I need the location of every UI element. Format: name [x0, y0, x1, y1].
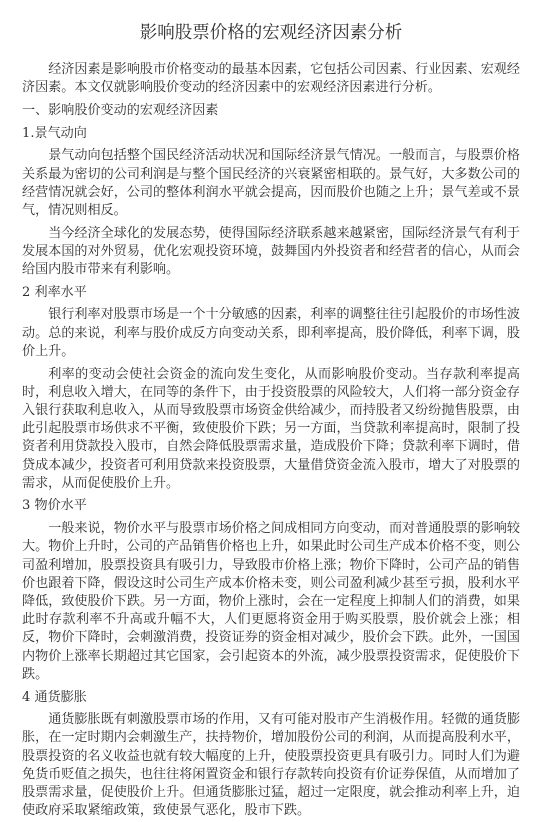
section-2-paragraph-1: 银行利率对股票市场是一个十分敏感的因素，利率的调整往往引起股价的市场性波动。总的… [22, 306, 520, 361]
section-1-paragraph-1: 景气动向包括整个国民经济活动状况和国际经济景气情况。一般而言，与股票价格关系最为… [22, 147, 520, 220]
section-1-heading: 1.景气动向 [22, 125, 520, 143]
section-1-paragraph-2: 当今经济全球化的发展态势，使得国际经济联系越来越紧密，国际经济景气有利于发展本国… [22, 225, 520, 280]
main-section-heading: 一、影响股价变动的宏观经济因素 [22, 102, 520, 120]
document-page: 影响股票价格的宏观经济因素分析 经济因素是影响股市价格变动的最基本因素，它包括公… [0, 0, 542, 822]
document-title: 影响股票价格的宏观经济因素分析 [22, 23, 520, 44]
intro-paragraph: 经济因素是影响股市价格变动的最基本因素，它包括公司因素、行业因素、宏观经济因素。… [22, 61, 520, 97]
section-3-heading: 3 物价水平 [22, 497, 520, 515]
section-4-paragraph-1: 通货膨胀既有刺激股票市场的作用，又有可能对股市产生消极作用。轻微的通货膨胀，在一… [22, 711, 520, 820]
section-3-paragraph-1: 一般来说，物价水平与股票市场价格之间成相同方向变动，而对普通股票的影响较大。物价… [22, 520, 520, 684]
section-2-paragraph-2: 利率的变动会使社会资金的流向发生变化，从而影响股价变动。当存款利率提高时，利息收… [22, 366, 520, 493]
section-2-heading: 2 利率水平 [22, 284, 520, 302]
section-4-heading: 4 通货膨胀 [22, 689, 520, 707]
